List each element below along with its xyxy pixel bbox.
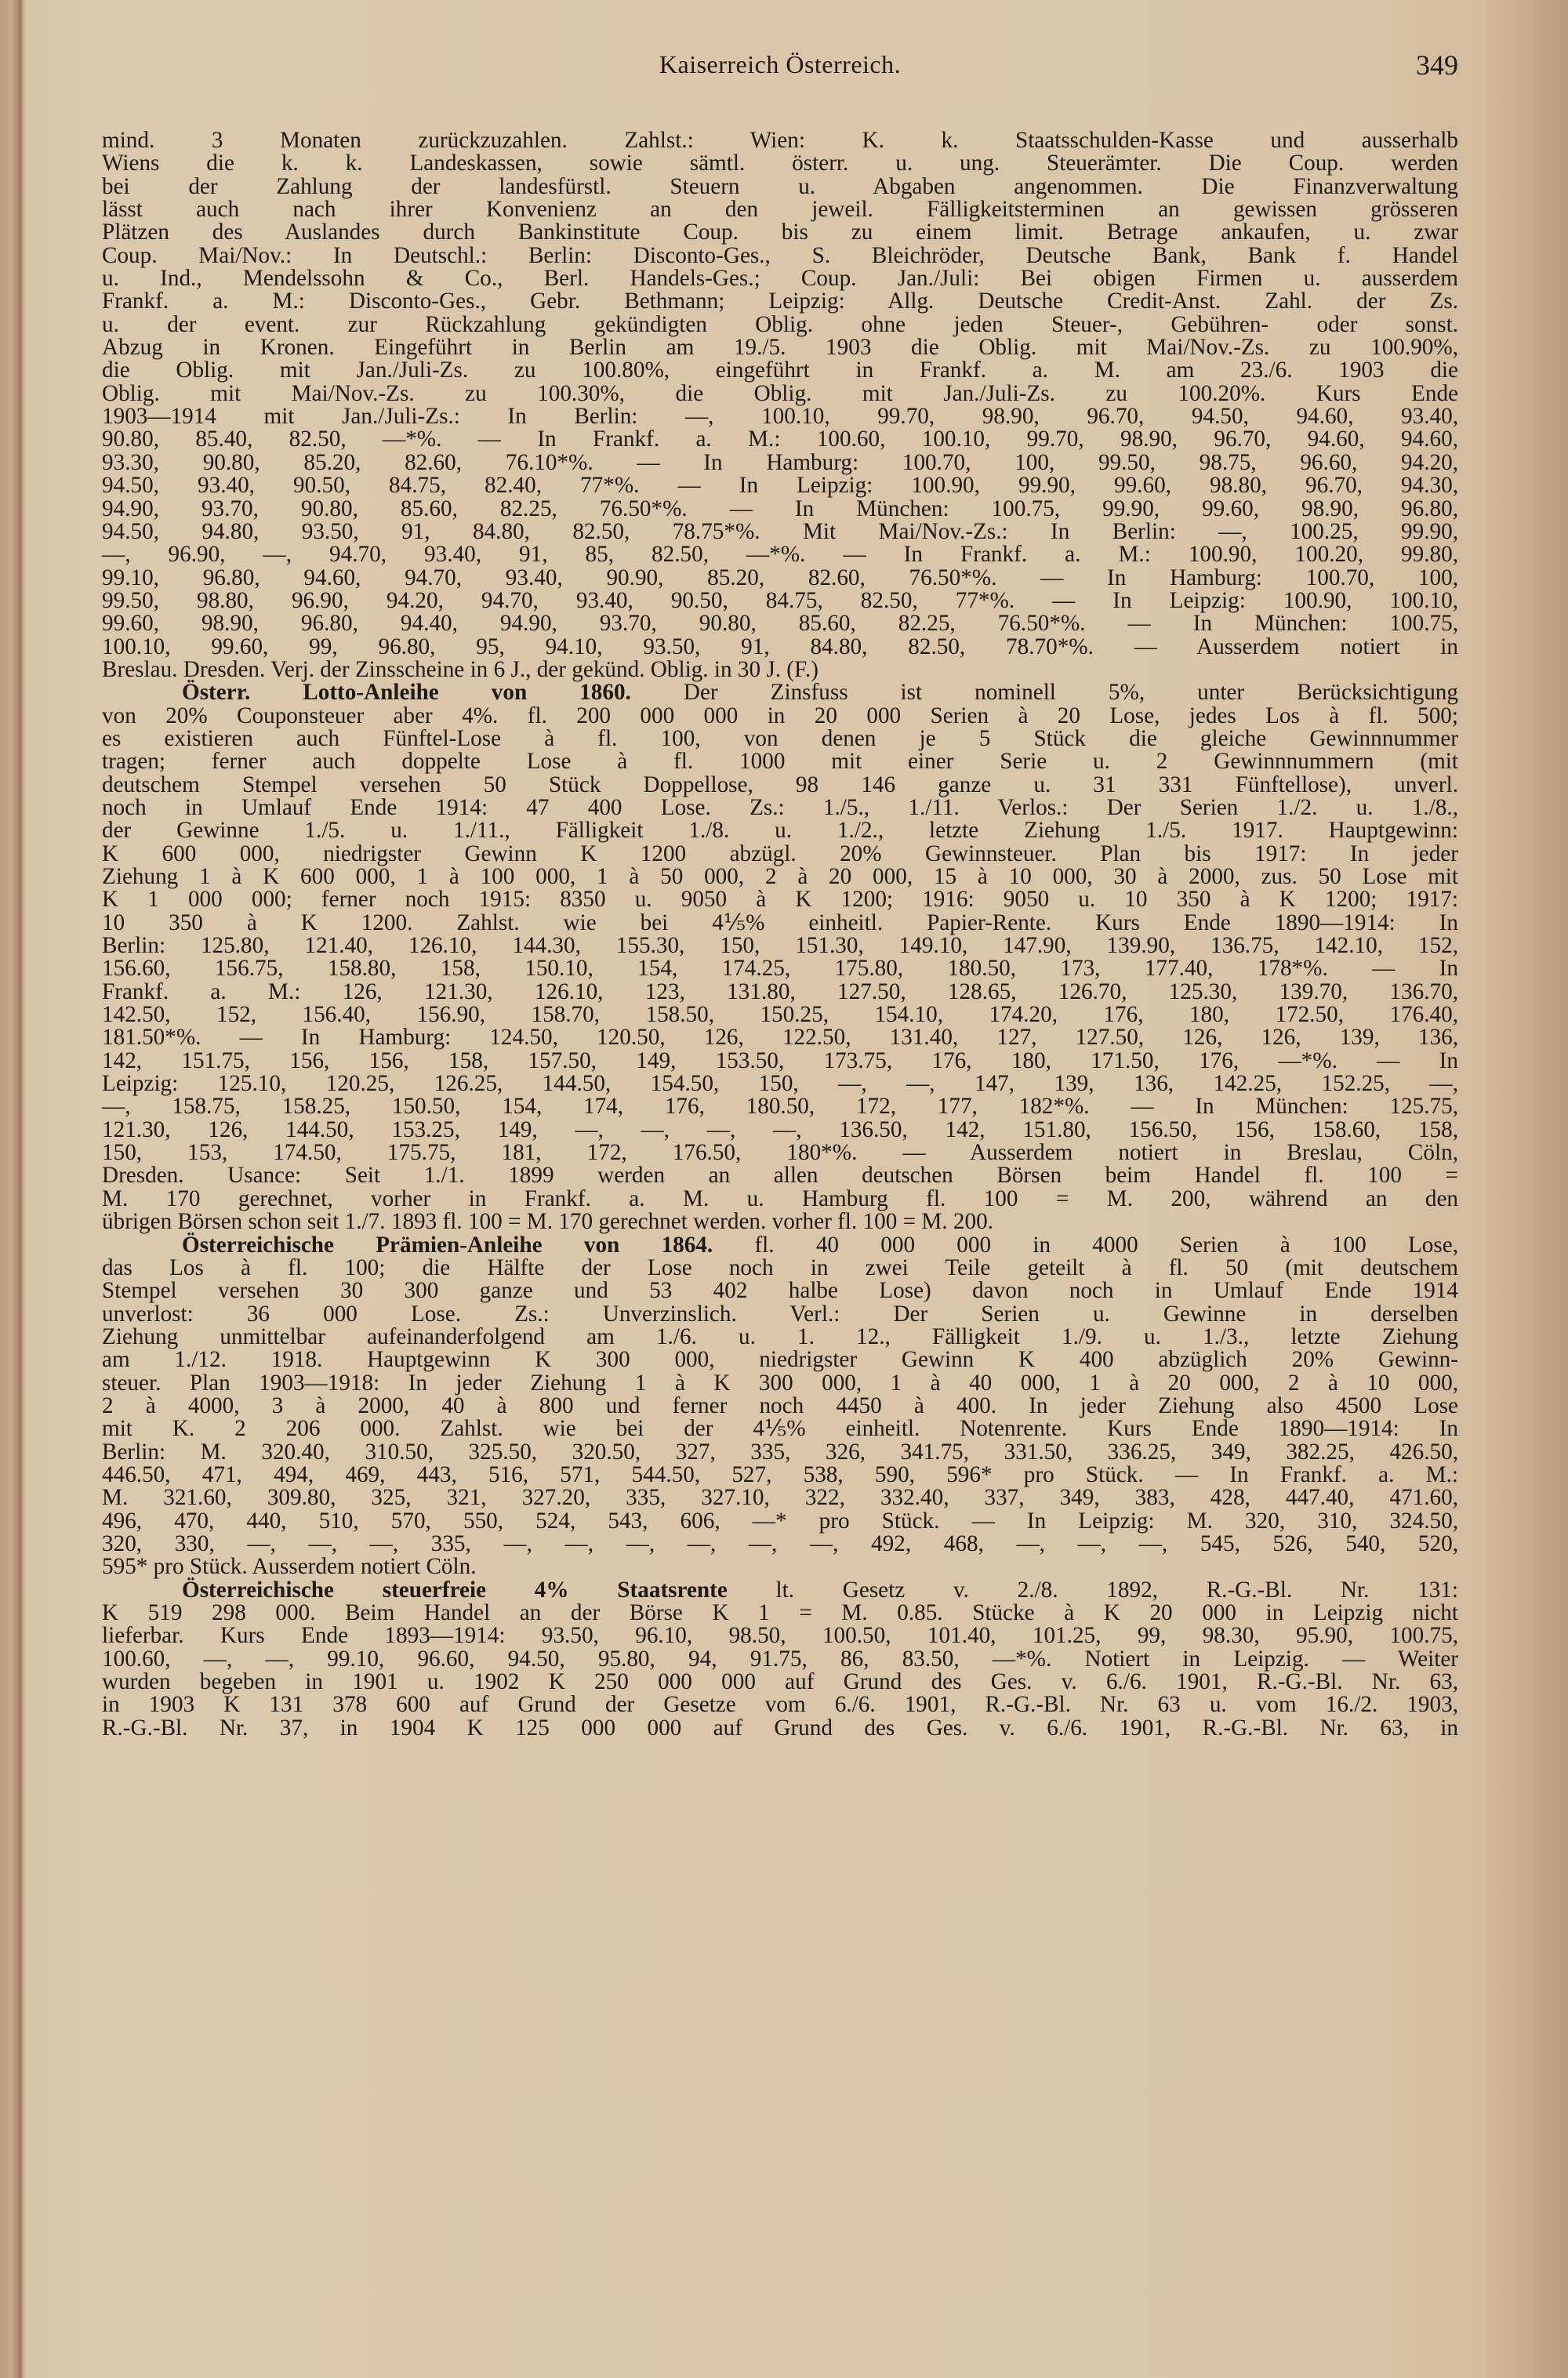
page-header: Kaiserreich Österreich. 349 xyxy=(102,50,1458,82)
text-line: das Los à fl. 100; die Hälfte der Lose n… xyxy=(102,1257,1458,1280)
text-line: 99.60, 98.90, 96.80, 94.40, 94.90, 93.70… xyxy=(102,612,1458,635)
section-first-line: Österreichische steuerfreie 4% Staatsren… xyxy=(102,1579,1458,1602)
text-line: Dresden. Usance: Seit 1./1. 1899 werden … xyxy=(102,1164,1458,1187)
text-line: 94.90, 93.70, 90.80, 85.60, 82.25, 76.50… xyxy=(102,498,1458,521)
text-line: 100.10, 99.60, 99, 96.80, 95, 94.10, 93.… xyxy=(102,636,1458,659)
text-line: 496, 470, 440, 510, 570, 550, 524, 543, … xyxy=(102,1510,1458,1533)
text-line: am 1./12. 1918. Hauptgewinn K 300 000, n… xyxy=(102,1349,1458,1371)
section-first-line: Österr. Lotto-Anleihe von 1860. Der Zins… xyxy=(102,681,1458,704)
text-line: mind. 3 Monaten zurückzuzahlen. Zahlst.:… xyxy=(102,129,1458,152)
section-steuerfreie-staatsrente: Österreichische steuerfreie 4% Staatsren… xyxy=(102,1579,1458,1740)
book-spine-edge xyxy=(19,0,22,2378)
text-line: —, 158.75, 158.25, 150.50, 154, 174, 176… xyxy=(102,1095,1458,1118)
section-heading: Österreichische steuerfreie 4% Staatsren… xyxy=(182,1577,728,1603)
text-line: 320, 330, —, —, —, 335, —, —, —, —, —, —… xyxy=(102,1533,1458,1556)
text-line: 1903—1914 mit Jan./Juli-Zs.: In Berlin: … xyxy=(102,405,1458,428)
text-line: Wiens die k. k. Landeskassen, sowie sämt… xyxy=(102,152,1458,175)
text-line: unverlost: 36 000 Lose. Zs.: Unverzinsli… xyxy=(102,1303,1458,1326)
text-line: Breslau. Dresden. Verj. der Zinsscheine … xyxy=(102,659,1458,681)
text-line: steuer. Plan 1903—1918: In jeder Ziehung… xyxy=(102,1372,1458,1395)
text-line: 150, 153, 174.50, 175.75, 181, 172, 176.… xyxy=(102,1142,1458,1164)
text-line: von 20% Couponsteuer aber 4%. fl. 200 00… xyxy=(102,705,1458,728)
text-line: 90.80, 85.40, 82.50, —*%. — In Frankf. a… xyxy=(102,428,1458,451)
text-line: der Gewinne 1./5. u. 1./11., Fälligkeit … xyxy=(102,819,1458,842)
text-line: 2 à 4000, 3 à 2000, 40 à 800 und ferner … xyxy=(102,1395,1458,1418)
text-line: 595* pro Stück. Ausserdem notiert Cöln. xyxy=(102,1556,1458,1578)
text-line: 99.10, 96.80, 94.60, 94.70, 93.40, 90.90… xyxy=(102,567,1458,590)
text-line: 100.60, —, —, 99.10, 96.60, 94.50, 95.80… xyxy=(102,1648,1458,1671)
text-line: R.-G.-Bl. Nr. 37, in 1904 K 125 000 000 … xyxy=(102,1717,1458,1740)
text-line: 121.30, 126, 144.50, 153.25, 149, —, —, … xyxy=(102,1119,1458,1142)
text-line: die Oblig. mit Jan./Juli-Zs. zu 100.80%,… xyxy=(102,359,1458,382)
text-line: 142, 151.75, 156, 156, 158, 157.50, 149,… xyxy=(102,1050,1458,1073)
text-line: 93.30, 90.80, 85.20, 82.60, 76.10*%. — I… xyxy=(102,452,1458,474)
text-line: tragen; ferner auch doppelte Lose à fl. … xyxy=(102,750,1458,773)
text-line: wurden begeben in 1901 u. 1902 K 250 000… xyxy=(102,1671,1458,1694)
section-first-line-text: Der Zinsfuss ist nominell 5%, unter Berü… xyxy=(684,680,1458,705)
text-line: es existieren auch Fünftel-Lose à fl. 10… xyxy=(102,728,1458,750)
text-line: noch in Umlauf Ende 1914: 47 400 Lose. Z… xyxy=(102,797,1458,819)
section-lotto-anleihe-1860: Österr. Lotto-Anleihe von 1860. Der Zins… xyxy=(102,681,1458,1233)
text-line: Plätzen des Auslandes durch Bankinstitut… xyxy=(102,221,1458,244)
text-line: Stempel versehen 30 300 ganze und 53 402… xyxy=(102,1280,1458,1302)
text-line: 94.50, 94.80, 93.50, 91, 84.80, 82.50, 7… xyxy=(102,521,1458,543)
text-line: bei der Zahlung der landesfürstl. Steuer… xyxy=(102,176,1458,198)
scanned-page: Kaiserreich Österreich. 349 mind. 3 Mona… xyxy=(0,0,1568,2378)
text-line: in 1903 K 131 378 600 auf Grund der Gese… xyxy=(102,1694,1458,1716)
section-continuation: mind. 3 Monaten zurückzuzahlen. Zahlst.:… xyxy=(102,129,1458,681)
text-line: Abzug in Kronen. Eingeführt in Berlin am… xyxy=(102,336,1458,359)
text-line: lieferbar. Kurs Ende 1893—1914: 93.50, 9… xyxy=(102,1625,1458,1647)
section-first-line-text: fl. 40 000 000 in 4000 Serien à 100 Lose… xyxy=(754,1233,1458,1258)
running-title: Kaiserreich Österreich. xyxy=(102,50,1458,79)
section-first-line: Österreichische Prämien-Anleihe von 1864… xyxy=(102,1234,1458,1257)
section-first-line-text: lt. Gesetz v. 2./8. 1892, R.-G.-Bl. Nr. … xyxy=(776,1577,1458,1603)
text-line: lässt auch nach ihrer Konvenienz an den … xyxy=(102,198,1458,221)
text-line: —, 96.90, —, 94.70, 93.40, 91, 85, 82.50… xyxy=(102,543,1458,566)
text-line: 94.50, 93.40, 90.50, 84.75, 82.40, 77*%.… xyxy=(102,474,1458,497)
text-line: 142.50, 152, 156.40, 156.90, 158.70, 158… xyxy=(102,1004,1458,1026)
page-number: 349 xyxy=(1416,49,1458,82)
text-line: Leipzig: 125.10, 120.25, 126.25, 144.50,… xyxy=(102,1073,1458,1095)
text-line: M. 321.60, 309.80, 325, 321, 327.20, 335… xyxy=(102,1487,1458,1509)
page-body: mind. 3 Monaten zurückzuzahlen. Zahlst.:… xyxy=(102,129,1458,1740)
text-line: K 519 298 000. Beim Handel an der Börse … xyxy=(102,1602,1458,1625)
text-line: Ziehung unmittelbar aufeinanderfolgend a… xyxy=(102,1326,1458,1349)
section-praemien-anleihe-1864: Österreichische Prämien-Anleihe von 1864… xyxy=(102,1234,1458,1579)
text-line: Berlin: M. 320.40, 310.50, 325.50, 320.5… xyxy=(102,1441,1458,1464)
text-line: Oblig. mit Mai/Nov.-Zs. zu 100.30%, die … xyxy=(102,383,1458,405)
text-line: u. der event. zur Rückzahlung gekündigte… xyxy=(102,314,1458,336)
section-heading: Österr. Lotto-Anleihe von 1860. xyxy=(182,680,631,705)
text-line: übrigen Börsen schon seit 1./7. 1893 fl.… xyxy=(102,1211,1458,1233)
text-line: u. Ind., Mendelssohn & Co., Berl. Handel… xyxy=(102,267,1458,290)
text-line: 10 350 à K 1200. Zahlst. wie bei 4⅕% ein… xyxy=(102,912,1458,935)
text-line: mit K. 2 206 000. Zahlst. wie bei der 4⅕… xyxy=(102,1418,1458,1440)
text-line: Berlin: 125.80, 121.40, 126.10, 144.30, … xyxy=(102,935,1458,957)
text-line: 446.50, 471, 494, 469, 443, 516, 571, 54… xyxy=(102,1464,1458,1487)
text-line: Ziehung 1 à K 600 000, 1 à 100 000, 1 à … xyxy=(102,866,1458,888)
text-line: Frankf. a. M.: 126, 121.30, 126.10, 123,… xyxy=(102,981,1458,1004)
text-line: 181.50*%. — In Hamburg: 124.50, 120.50, … xyxy=(102,1026,1458,1049)
text-line: Coup. Mai/Nov.: In Deutschl.: Berlin: Di… xyxy=(102,245,1458,267)
text-line: K 600 000, niedrigster Gewinn K 1200 abz… xyxy=(102,843,1458,866)
text-line: deutschem Stempel versehen 50 Stück Dopp… xyxy=(102,774,1458,797)
text-line: 99.50, 98.80, 96.90, 94.20, 94.70, 93.40… xyxy=(102,590,1458,612)
section-heading: Österreichische Prämien-Anleihe von 1864… xyxy=(182,1233,713,1258)
text-line: Frankf. a. M.: Disconto-Ges., Gebr. Beth… xyxy=(102,290,1458,313)
text-line: M. 170 gerechnet, vorher in Frankf. a. M… xyxy=(102,1188,1458,1211)
text-line: K 1 000 000; ferner noch 1915: 8350 u. 9… xyxy=(102,888,1458,911)
text-line: 156.60, 156.75, 158.80, 158, 150.10, 154… xyxy=(102,957,1458,980)
